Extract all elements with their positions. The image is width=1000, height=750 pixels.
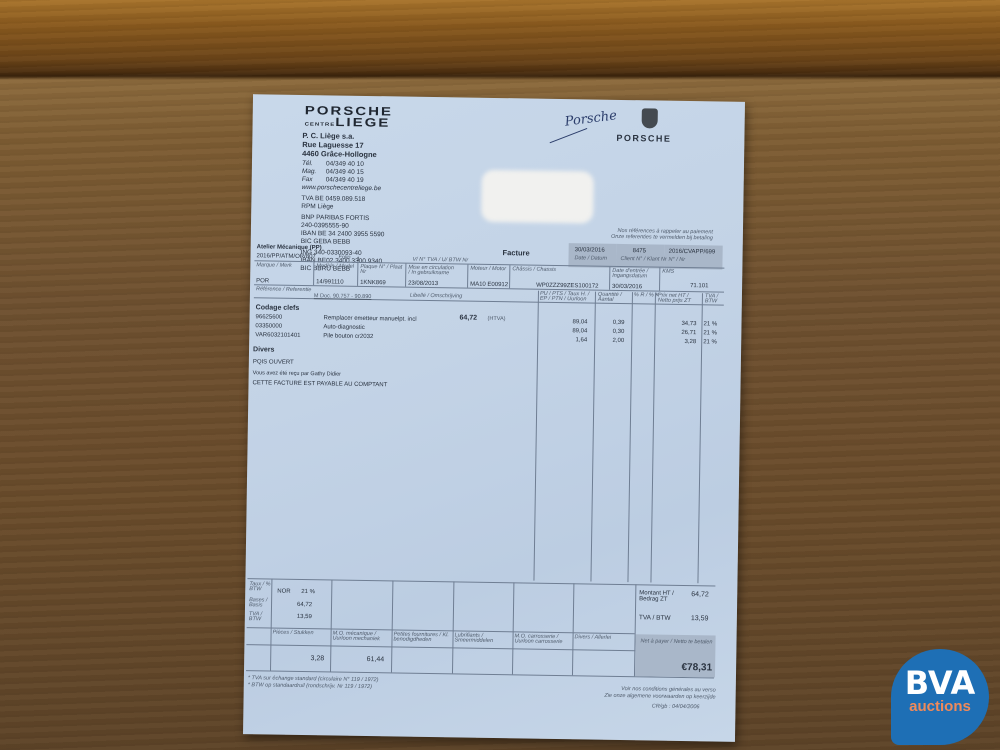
description-label: Libellé / Omschrijving bbox=[410, 293, 462, 300]
column-header: Prix net HT / Netto prijs ZT bbox=[658, 294, 698, 305]
note-line: PQIS OUVERT bbox=[253, 359, 294, 366]
vehicle-value: 1KNK869 bbox=[360, 280, 386, 286]
vehicle-value: 30/03/2016 bbox=[612, 284, 642, 290]
document-reference: 2016/PP/ATM/OR/807 bbox=[256, 253, 315, 260]
column-divider bbox=[659, 268, 660, 291]
category-label: Divers / Allerlei bbox=[575, 635, 633, 641]
vat-amount: 13,59 bbox=[297, 614, 312, 620]
column-divider bbox=[512, 582, 514, 674]
mag-value: 04/349 40 15 bbox=[326, 168, 364, 176]
folio-label: Folio bbox=[338, 255, 350, 261]
column-divider bbox=[627, 292, 633, 582]
invoice-number: 2016/CVAPP/699 bbox=[669, 249, 716, 256]
category-value: 3,28 bbox=[272, 655, 324, 663]
bva-logo-text: BVA bbox=[891, 667, 989, 699]
line-vat: 21 % bbox=[703, 330, 717, 336]
document-type: Facture bbox=[503, 248, 530, 257]
total-ht: 64,72 bbox=[691, 591, 709, 598]
vat-code: NOR bbox=[277, 589, 290, 595]
line-unit-price: 89,04 bbox=[539, 328, 587, 335]
line-unit-price: 89,04 bbox=[539, 319, 587, 326]
company-rpm: RPM Liège bbox=[301, 203, 385, 212]
footer-conditions-nl: Zie onze algemene voorwaarden op keerzij… bbox=[604, 693, 715, 701]
vehicle-value: MA10 E00912 bbox=[470, 282, 508, 289]
invoice-date: 30/03/2016 bbox=[575, 247, 605, 253]
references-note-nl: Onze referenties te vermelden bij betali… bbox=[611, 234, 713, 242]
vat-base-label: Bases / Basis bbox=[249, 598, 271, 608]
column-divider bbox=[405, 264, 406, 287]
footer-note-nl: * BTW op standaardruil (rondschrijv. Nr … bbox=[248, 682, 372, 690]
vehicle-label: Plaque N° / Plaat Nr bbox=[360, 265, 408, 276]
vat-base: 64,72 bbox=[297, 602, 312, 608]
category-totals: Pièces / Stukken3,28M.O. mécanique / Uur… bbox=[253, 94, 745, 102]
column-header: TVA / BTW bbox=[705, 294, 723, 304]
line-vat: 21 % bbox=[703, 339, 717, 345]
column-divider bbox=[590, 292, 596, 582]
line-vat: 21 % bbox=[703, 321, 717, 327]
category-value bbox=[454, 657, 506, 658]
total-vat: 13,59 bbox=[691, 615, 709, 622]
section-codage-clefs: Codage clefs bbox=[256, 304, 300, 312]
line-quantity: 2,00 bbox=[594, 338, 624, 344]
column-divider bbox=[697, 293, 703, 583]
vat-amount-label: TVA / BTW bbox=[249, 612, 271, 622]
category-label: Pièces / Stukken bbox=[273, 631, 331, 637]
divider bbox=[247, 578, 715, 586]
column-headers: PU / PTS / Taux H. / EP / PTN / UurloonQ… bbox=[253, 94, 745, 102]
vehicle-label: Date d'entrée / Ingangsdatum bbox=[612, 269, 660, 280]
line-reference: VAR6032101401 bbox=[255, 332, 300, 339]
vat-rate-label: Taux / % BTW bbox=[249, 582, 271, 592]
redacted-customer-address bbox=[481, 170, 594, 224]
net-to-pay-amount: €78,31 bbox=[664, 662, 712, 674]
tel-value: 04/349 40 10 bbox=[326, 160, 364, 168]
company-city: 4460 Grâce-Hollogne bbox=[302, 149, 386, 159]
line-net-price: 3,28 bbox=[654, 339, 696, 346]
vehicle-value: WP0ZZZ99ZES100172 bbox=[536, 283, 598, 290]
signature-stroke bbox=[550, 128, 588, 143]
invoice-number-label: N° / Nr bbox=[668, 257, 685, 263]
column-divider bbox=[509, 265, 510, 288]
invoice-paper: PORSCHE CENTRELIEGE P. C. Liège s.a. Rue… bbox=[243, 94, 745, 742]
column-divider bbox=[357, 263, 358, 286]
net-to-pay-label: Net à payer / Netto te betalen bbox=[640, 638, 712, 645]
line-net-price: 34,73 bbox=[654, 321, 696, 328]
category-label: M.O. mécanique / Uurloon mechaniek bbox=[332, 631, 390, 642]
vehicle-label: Moteur / Motor bbox=[470, 267, 518, 273]
category-value: 61,44 bbox=[332, 655, 384, 663]
company-website: www.porschecentreliege.be bbox=[302, 184, 386, 193]
client-number-label: Client N° / Klant Nr bbox=[620, 256, 666, 263]
note-line: CETTE FACTURE EST PAYABLE AU COMPTANT bbox=[252, 380, 387, 388]
category-label: M.O. carrosserie / Uurloon carrosserie bbox=[514, 634, 572, 645]
vehicle-label: Mise en circulation / In gebruikname bbox=[408, 266, 456, 277]
line-description: Pile bouton cr2032 bbox=[323, 333, 373, 340]
section-subtotal: 64,72 bbox=[460, 314, 478, 321]
category-label: Lubrifiants / Smeermiddelen bbox=[454, 633, 512, 644]
handwritten-signature: Porsche bbox=[564, 108, 618, 129]
column-divider bbox=[391, 580, 393, 672]
company-address: P. C. Liège s.a. Rue Laguesse 17 4460 Gr… bbox=[300, 131, 386, 274]
column-divider bbox=[452, 581, 454, 673]
vehicle-value: 23/08/2013 bbox=[408, 281, 438, 287]
vehicle-value: 71.101 bbox=[690, 283, 708, 289]
invoice-date-label: Date / Datum bbox=[574, 255, 606, 262]
invoice-lines: 96625600Remplacer emetteur manuelpt. inc… bbox=[253, 94, 745, 102]
column-divider bbox=[572, 583, 574, 675]
category-value bbox=[393, 656, 445, 657]
column-header: PU / PTS / Taux H. / EP / PTN / Uurloon bbox=[540, 292, 595, 303]
client-number: 8475 bbox=[633, 248, 646, 254]
column-divider bbox=[467, 265, 468, 288]
category-label: Petites fournitures / Kl. benodigdheden bbox=[393, 632, 451, 643]
fax-value: 04/349 40 19 bbox=[326, 176, 364, 184]
line-description: Remplacer emetteur manuelpt. incl bbox=[323, 315, 416, 322]
line-quantity: 0,39 bbox=[594, 320, 624, 326]
line-net-price: 26,71 bbox=[654, 330, 696, 337]
total-vat-label: TVA / BTW bbox=[639, 614, 671, 621]
porsche-centre-logo-line2: CENTRELIEGE bbox=[305, 117, 391, 130]
reference-label: Référence / Referentie bbox=[256, 286, 311, 293]
line-reference: 03350000 bbox=[255, 323, 282, 329]
line-unit-price: 1,64 bbox=[539, 337, 587, 344]
references-note: Nos références à rappeler au paiement On… bbox=[611, 228, 713, 242]
porsche-crest-icon bbox=[642, 108, 658, 128]
category-value bbox=[574, 659, 626, 660]
vehicle-value: POR bbox=[256, 278, 269, 284]
bva-auctions-logo: BVA auctions bbox=[891, 649, 989, 745]
logo-centre-text: CENTRE bbox=[305, 122, 336, 127]
vehicle-label: KMS bbox=[662, 270, 710, 276]
line-quantity: 0,30 bbox=[594, 329, 624, 335]
total-ht-label: Montant HT / Bedrag ZT bbox=[639, 590, 677, 603]
line-description: Auto-diagnostic bbox=[323, 324, 364, 331]
doc-number: M Doc. 90.757 - 90.890 bbox=[314, 293, 372, 300]
vehicle-info-row: Marque / MerkPORModèle / Model14/991110P… bbox=[253, 94, 745, 102]
porsche-brand-text: PORSCHE bbox=[616, 133, 671, 144]
vehicle-label: Châssis / Chassis bbox=[512, 267, 560, 273]
section-subtotal-note: (HTVA) bbox=[488, 316, 506, 322]
category-value bbox=[514, 658, 566, 659]
line-reference: 96625600 bbox=[256, 314, 283, 320]
vat-rate: 21 % bbox=[301, 589, 315, 595]
footer-code: CR/gb : 04/04/2006 bbox=[652, 704, 700, 711]
logo-liege-text: LIEGE bbox=[335, 116, 390, 130]
column-divider bbox=[313, 262, 314, 285]
vehicle-value: 14/991110 bbox=[316, 279, 344, 285]
column-divider bbox=[650, 293, 656, 583]
column-divider bbox=[609, 267, 610, 290]
vehicle-label: Marque / Merk bbox=[256, 263, 304, 269]
note-line: Vous avez été reçu par Gathy Didier bbox=[253, 370, 341, 377]
department: Atelier Mécanique (PP) bbox=[257, 244, 322, 251]
section-divers: Divers bbox=[253, 346, 275, 353]
column-divider bbox=[533, 291, 539, 581]
